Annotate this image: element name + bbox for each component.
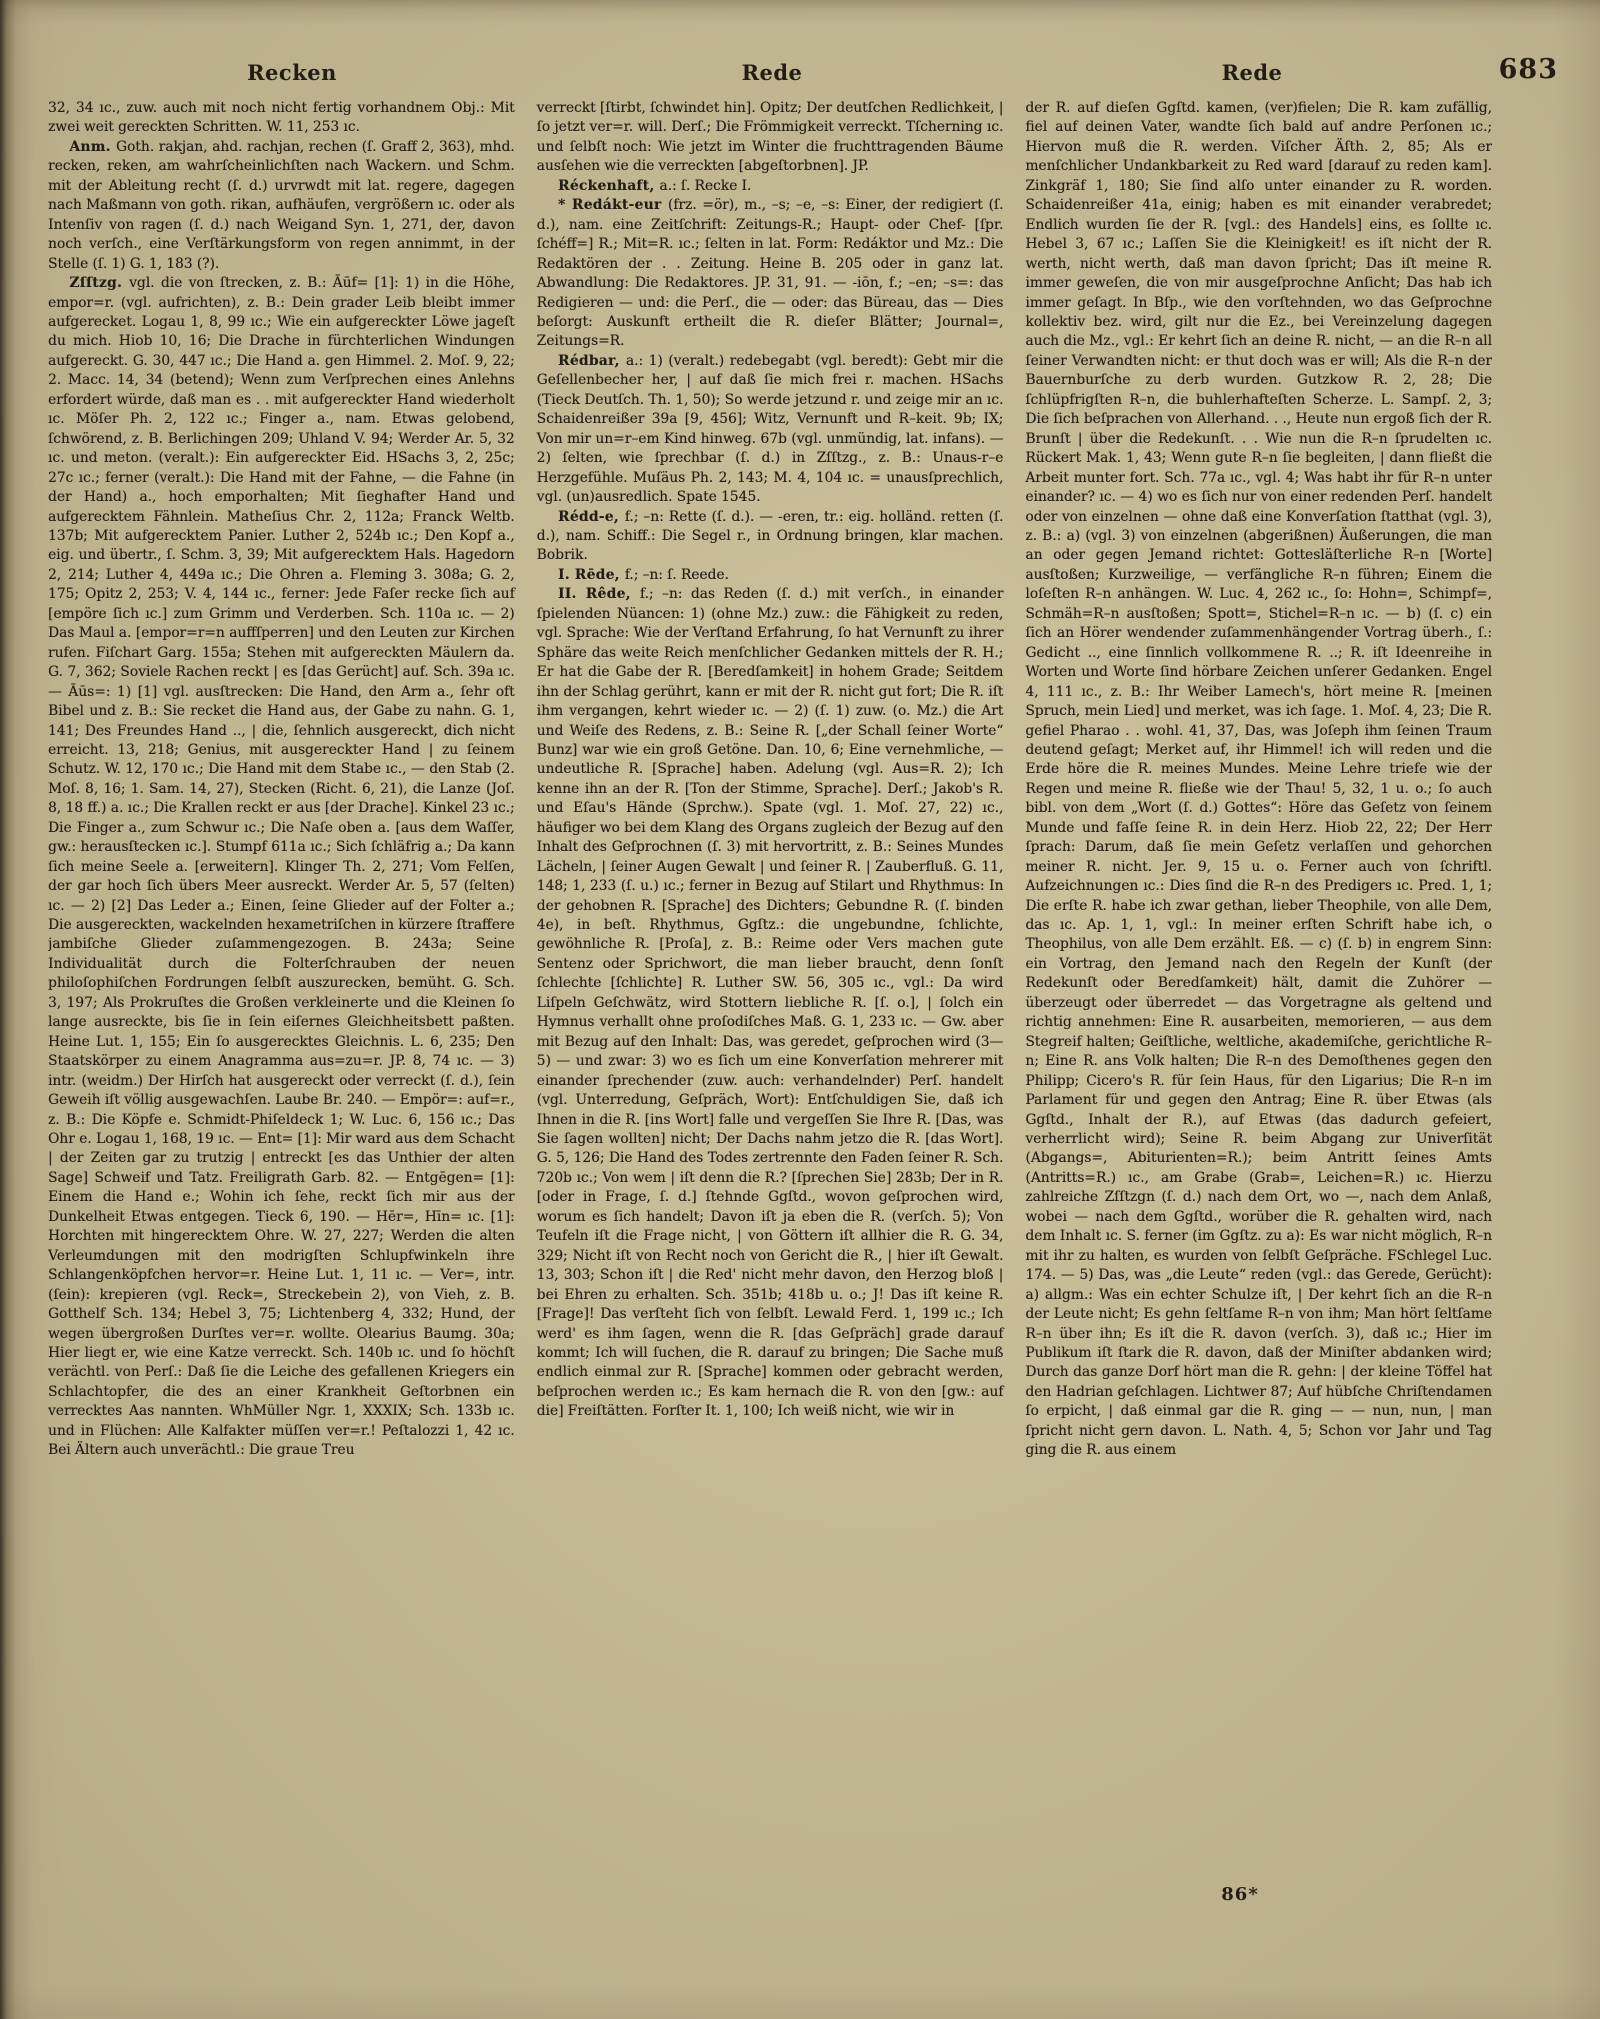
dictionary-paragraph: II. Rêde, f.; –n: das Reden (ſ. d.) mit … [537, 585, 1004, 1421]
dictionary-paragraph: 32, 34 ıc., zuw. auch mit noch nicht fer… [48, 99, 515, 138]
entry-headword: Rédd-e, [558, 509, 625, 525]
text-columns: 32, 34 ıc., zuw. auch mit noch nicht fer… [48, 99, 1492, 1883]
text-column-1: 32, 34 ıc., zuw. auch mit noch nicht fer… [48, 99, 515, 1883]
text-column-2: verreckt [ſtirbt, ſchwindet hin]. Opitz;… [537, 99, 1004, 1883]
page-number: 683 [1499, 54, 1558, 85]
entry-headword: Rédbar, [558, 353, 626, 369]
entry-headword: Réckenhaft, [558, 178, 659, 194]
dictionary-paragraph: Réckenhaft, a.: ſ. Recke I. [537, 177, 1004, 196]
dictionary-paragraph: Anm. Goth. rakjan, ahd. rachjan, rechen … [48, 138, 515, 274]
text-column-3: der R. auf dieſen Ggſtd. kamen, (ver)fie… [1025, 99, 1492, 1883]
entry-headword: Zſſtzg. [69, 275, 129, 291]
entry-headword: I. Rēde, [558, 567, 625, 583]
dictionary-paragraph: der R. auf dieſen Ggſtd. kamen, (ver)fie… [1025, 99, 1492, 1461]
dictionary-paragraph: verreckt [ſtirbt, ſchwindet hin]. Opitz;… [537, 99, 1004, 177]
running-head-keyword-right-label: Rede [1222, 60, 1283, 85]
running-head-keyword-left: Recken [52, 60, 532, 85]
running-head: Recken Rede Rede 683 [52, 60, 1492, 85]
running-head-keyword-right: Rede 683 [1012, 60, 1492, 85]
sheet-signature: 86* [1190, 1884, 1290, 1905]
dictionary-paragraph: Rédd-e, f.; –n: Rette (ſ. d.). — -eren, … [537, 508, 1004, 566]
entry-headword: * Redákt-eur [558, 197, 668, 213]
dictionary-paragraph: I. Rēde, f.; –n: ſ. Reede. [537, 566, 1004, 585]
dictionary-paragraph: Rédbar, a.: 1) (veralt.) redebegabt (vgl… [537, 352, 1004, 508]
running-head-keyword-center: Rede [532, 60, 1012, 85]
dictionary-page: Recken Rede Rede 683 32, 34 ıc., zuw. au… [0, 0, 1600, 2019]
dictionary-paragraph: Zſſtzg. vgl. die von ſtrecken, z. B.: Āū… [48, 274, 515, 1461]
entry-headword: Anm. [69, 139, 116, 155]
entry-headword: II. Rêde, [558, 586, 640, 602]
dictionary-paragraph: * Redákt-eur (frz. =ör), m., –s; –e, –s:… [537, 196, 1004, 352]
